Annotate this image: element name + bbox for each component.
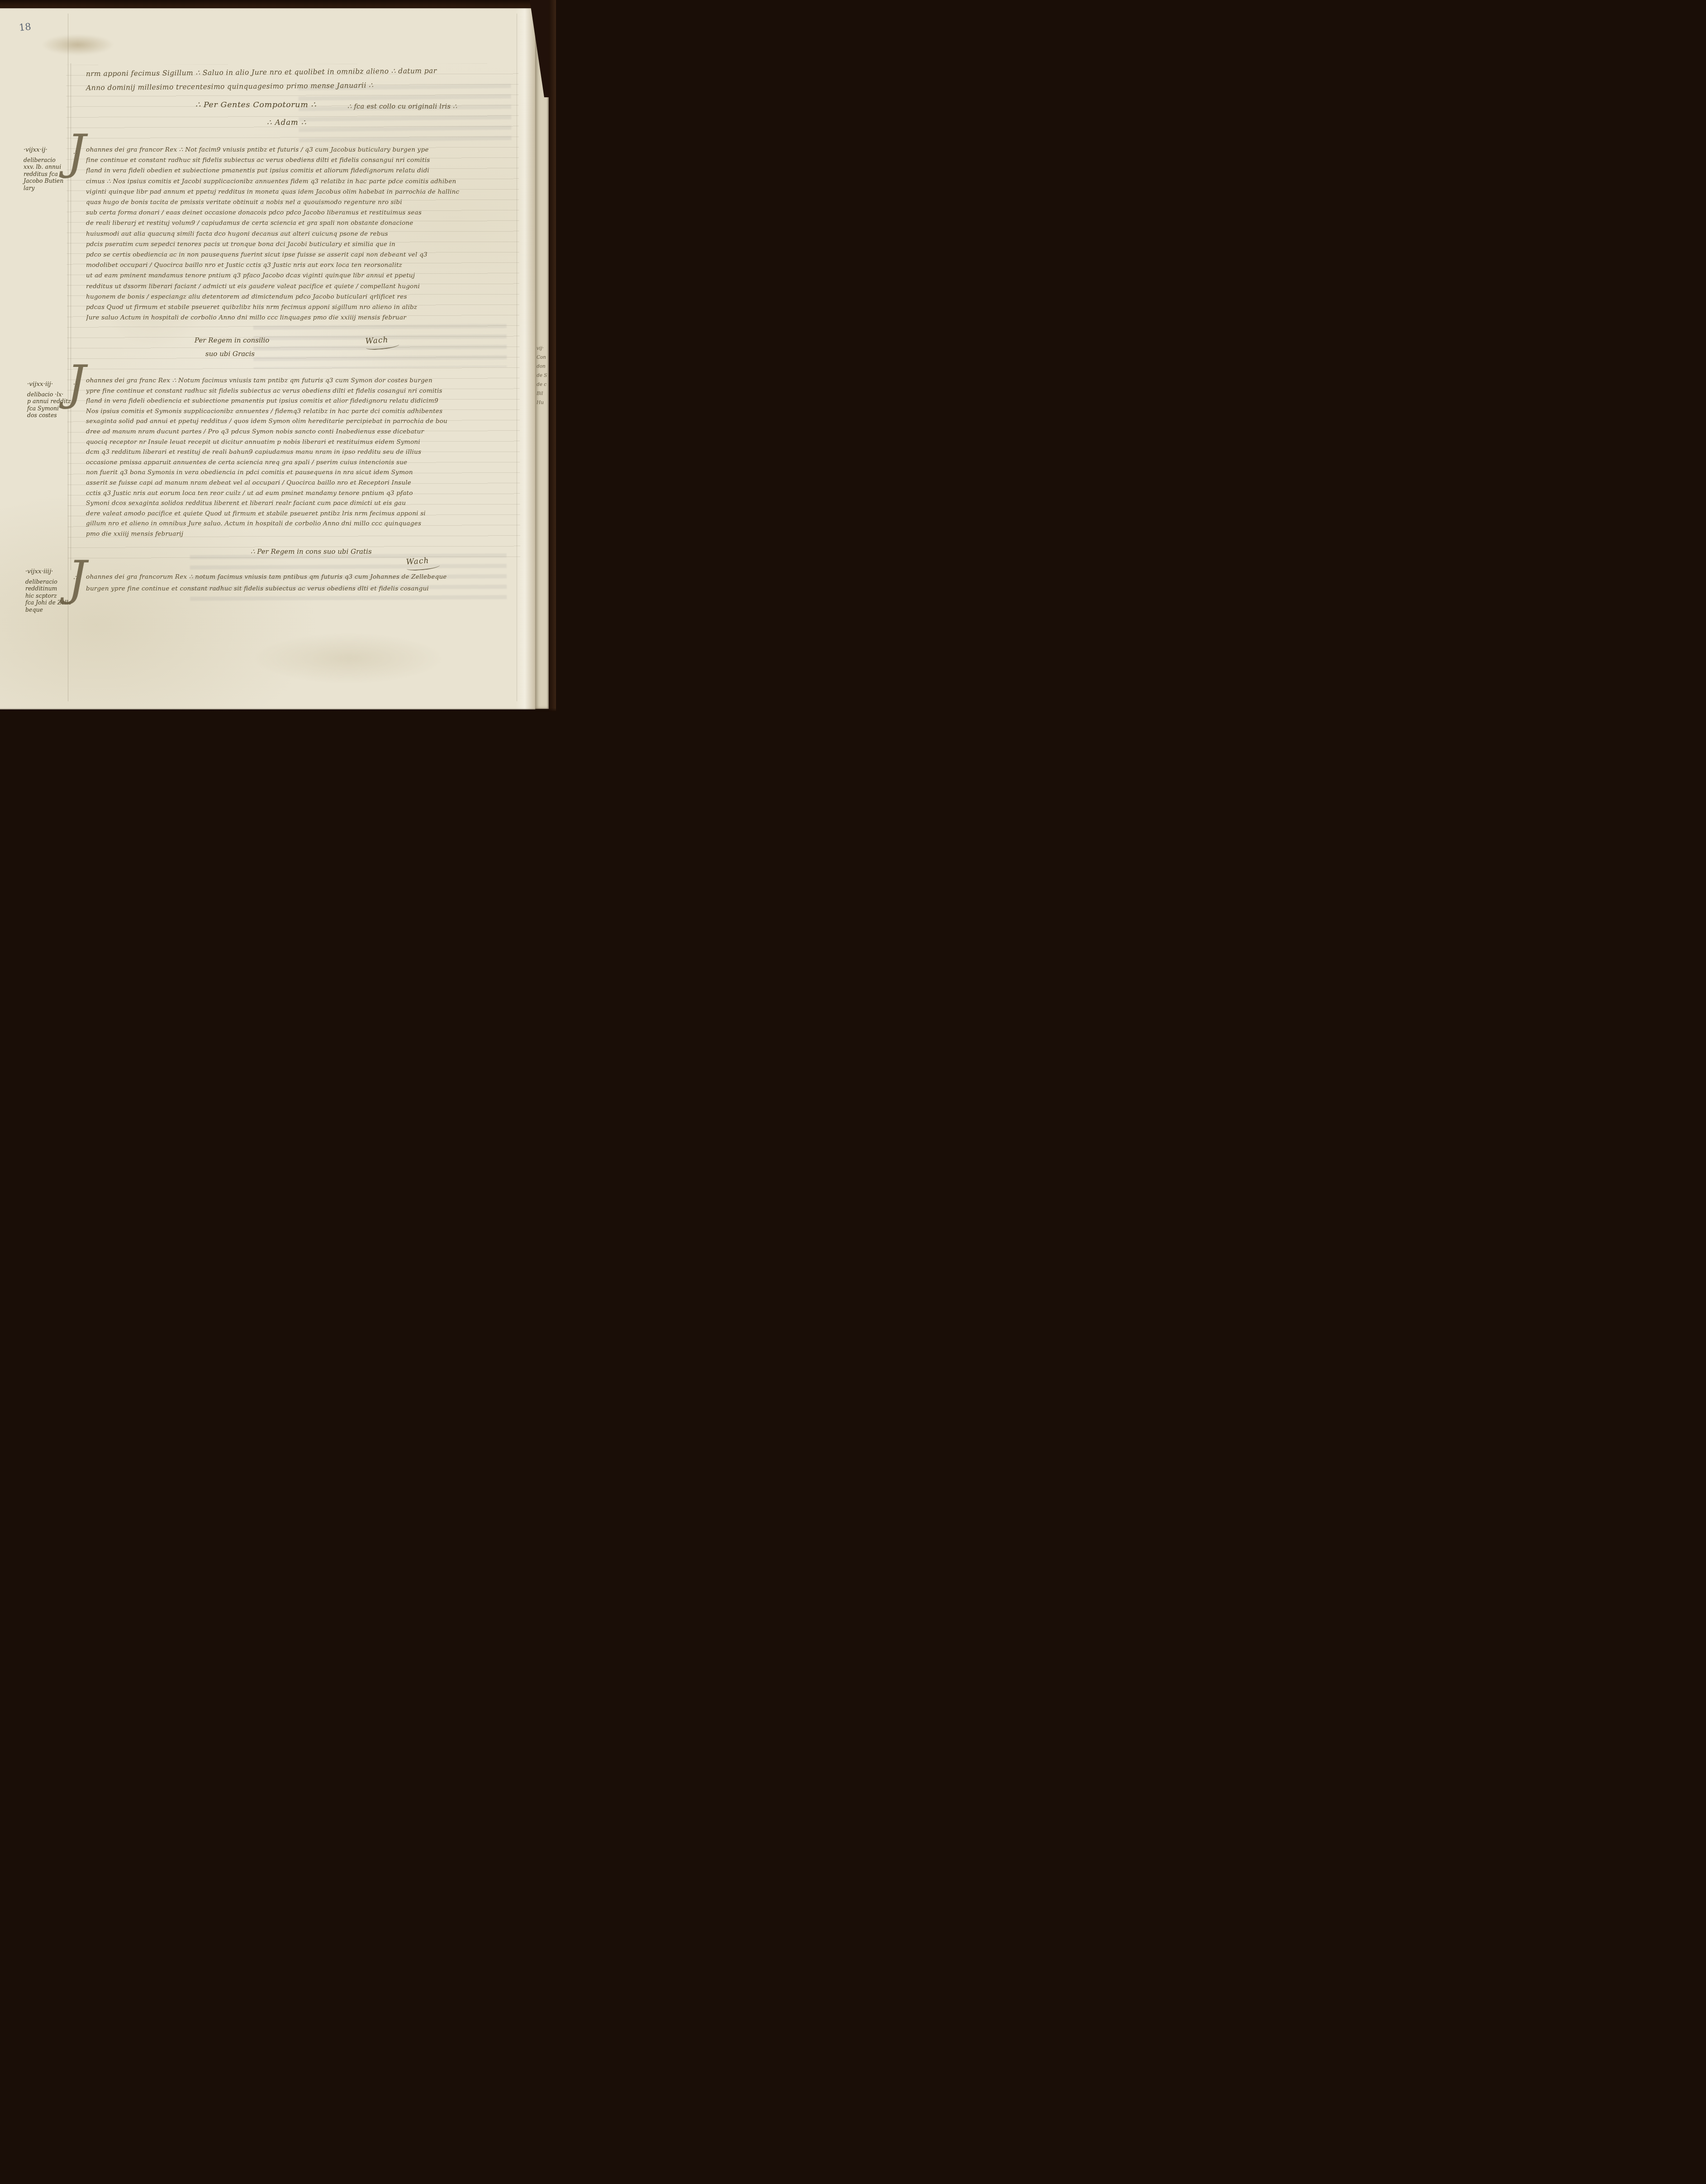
adjacent-folio-text-fragments: vij·Condonde Sde cBilHu xyxy=(537,344,548,407)
subscription-1: Per Regem in consiliosuo ubi Gracis xyxy=(195,333,269,361)
manuscript-line: gillum nro et alieno in omnibus Jure sal… xyxy=(86,519,516,529)
parchment-stain xyxy=(42,34,114,55)
margin-line: dos costes xyxy=(27,412,88,419)
manuscript-line: dree ad manum nram ducunt partes / Pro q… xyxy=(86,427,516,437)
manuscript-line: modolibet occupari / Quocirca baillo nro… xyxy=(86,260,516,271)
manuscript-line: dere valeat amodo pacifice et quiete Quo… xyxy=(86,509,516,519)
manuscript-line: fland in vera fideli obedien et subiecti… xyxy=(86,166,516,176)
binding-top-edge xyxy=(0,0,556,9)
margin-line: beque xyxy=(25,606,86,614)
paragraph-mark-2: ∴ xyxy=(73,380,77,387)
manuscript-line: pdcas Quod ut firmum et stabile pseueret… xyxy=(86,302,516,313)
clerk-name-adam: ∴ Adam ∴ xyxy=(267,118,306,127)
chancery-note-per-gentes: ∴ Per Gentes Compotorum ∴ xyxy=(195,100,316,109)
manuscript-line: ohannes dei gra francorum Rex ∴ notum fa… xyxy=(86,571,516,583)
fragment-line: vij· xyxy=(537,344,548,353)
manuscript-line: huiusmodi aut alia quacunq simili facta … xyxy=(86,229,516,239)
manuscript-line: Symoni dcos sexaginta solidos redditus l… xyxy=(86,498,516,509)
manuscript-line: viginti quinque libr pad annum et ppetuj… xyxy=(86,187,516,197)
fragment-line: Hu xyxy=(537,398,548,407)
manuscript-line: pmo die xxiiij mensis februarij xyxy=(86,529,516,539)
manuscript-line: pdco se certis obediencia ac in non paus… xyxy=(86,250,516,260)
binding-bottom-edge xyxy=(0,708,556,712)
fragment-line: Bil xyxy=(537,389,548,398)
manuscript-line: quas hugo de bonis tacita de pmissis ver… xyxy=(86,197,516,208)
decorated-initial-3: J xyxy=(68,556,87,601)
subscription-2: ∴ Per Regem in cons suo ubi Gratis xyxy=(251,546,372,557)
manuscript-line: ypre fine continue et constant radhuc si… xyxy=(86,386,516,396)
manuscript-photo: 18 nrm apponi fecimus Sigillum ∴ Saluo i… xyxy=(0,0,556,712)
manuscript-line: fine continue et constant radhuc sit fid… xyxy=(86,155,516,166)
manuscript-line: pdcis pseratim cum sepedci tenores pacis… xyxy=(86,239,516,250)
manuscript-line: sub certa forma donari / eaas deinet occ… xyxy=(86,208,516,218)
subscription-line: ∴ Per Regem in cons suo ubi Gratis xyxy=(251,546,372,557)
signature-1: Wach xyxy=(365,334,399,350)
margin-line: lary xyxy=(24,185,85,192)
manuscript-line: hugonem de bonis / especiangz aliu deten… xyxy=(86,292,516,302)
right-margin-rule xyxy=(517,14,517,701)
manuscript-line: ohannes dei gra franc Rex ∴ Notum facimu… xyxy=(86,376,516,386)
carryover-text-block: nrm apponi fecimus Sigillum ∴ Saluo in a… xyxy=(86,63,516,95)
manuscript-line: asserit se fuisse capi ad manum nram deb… xyxy=(86,478,516,488)
manuscript-line: ohannes dei gra francor Rex ∴ Not facim9… xyxy=(86,145,516,155)
act-text-3: ohannes dei gra francorum Rex ∴ notum fa… xyxy=(86,571,516,595)
manuscript-line: dcm q3 redditum liberari et restituj de … xyxy=(86,447,516,457)
paragraph-mark-1: ∴ xyxy=(73,149,77,156)
manuscript-line: cimus ∴ Nos ipsius comitis et Jacobi sup… xyxy=(86,176,516,187)
manuscript-line: quociq receptor nr Insule leuat recepit … xyxy=(86,437,516,447)
subscription-line: suo ubi Gracis xyxy=(205,347,269,361)
collation-note: ∴ fca est collo cu originali lris ∴ xyxy=(347,103,457,110)
fragment-line: de c xyxy=(537,380,548,389)
folio-number: 18 xyxy=(19,21,32,33)
manuscript-line: fland in vera fideli obediencia et subie… xyxy=(86,396,516,406)
manuscript-line: ut ad eam pminent mandamus tenore pntium… xyxy=(86,271,516,281)
signature-name: Wach xyxy=(365,335,389,346)
manuscript-line: Jure saluo Actum in hospitali de corboli… xyxy=(86,313,516,323)
manuscript-line: sexaginta solid pad annui et ppetuj redd… xyxy=(86,416,516,427)
signature-2: Wach xyxy=(406,555,440,571)
manuscript-line: non fuerit q3 bona Symonis in vera obedi… xyxy=(86,467,516,478)
binding-right-edge xyxy=(549,0,556,712)
adjacent-folio-edge: vij·Condonde Sde cBilHu xyxy=(535,8,549,709)
act-text-1: ohannes dei gra francor Rex ∴ Not facim9… xyxy=(86,145,516,323)
manuscript-line: Nos ipsius comitis et Symonis supplicaci… xyxy=(86,406,516,417)
manuscript-line: burgen ypre fine continue et constant ra… xyxy=(86,583,516,595)
parchment-stain xyxy=(253,633,443,683)
manuscript-line: occasione pmissa apparuit annuentes de c… xyxy=(86,457,516,468)
signature-name: Wach xyxy=(406,556,429,566)
manuscript-line: cctis q3 Justic nris aut eorum loca ten … xyxy=(86,488,516,499)
paragraph-mark-3: ∴ xyxy=(73,575,77,581)
fragment-line: Con xyxy=(537,353,548,362)
fragment-line: de S xyxy=(537,371,548,380)
act-text-2: ohannes dei gra franc Rex ∴ Notum facimu… xyxy=(86,376,516,539)
manuscript-line: redditus ut dssorm liberari faciant / ad… xyxy=(86,281,516,292)
subscription-line: Per Regem in consilio xyxy=(195,333,269,347)
manuscript-line: de reali liberarj et restituj volum9 / c… xyxy=(86,218,516,228)
fragment-line: don xyxy=(537,362,548,371)
